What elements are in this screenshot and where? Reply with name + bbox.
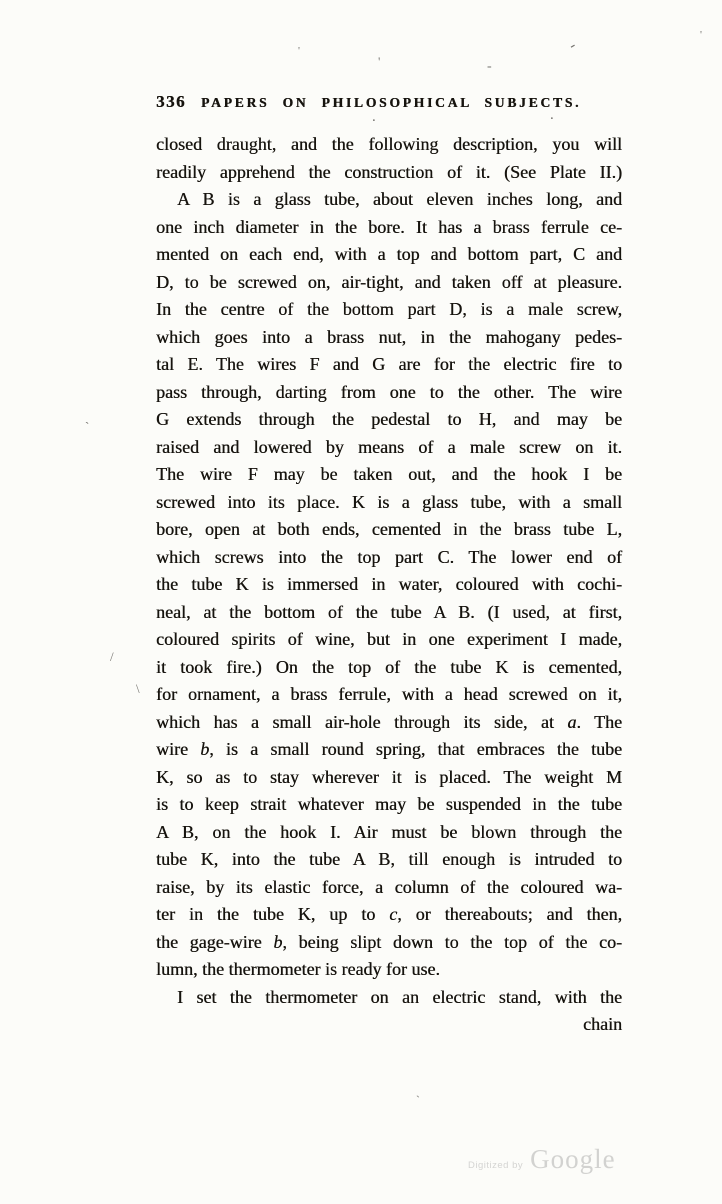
text-line: tal E. The wires F and G are for the ele… (156, 351, 622, 379)
text-line: K, so as to stay wherever it is placed. … (156, 764, 622, 792)
page-header: 336 PAPERS ON PHILOSOPHICAL SUBJECTS. (156, 92, 581, 112)
text-line: readily apprehend the construction of it… (156, 159, 622, 187)
running-title: PAPERS ON PHILOSOPHICAL SUBJECTS. (201, 95, 581, 111)
scan-mark: ' (298, 46, 300, 57)
text-line: screwed into its place. K is a glass tub… (156, 489, 622, 517)
text-line: bore, open at both ends, cemented in the… (156, 516, 622, 544)
text-line: neal, at the bottom of the tube A B. (I … (156, 599, 622, 627)
text-line: is to keep strait whatever may be suspen… (156, 791, 622, 819)
text-line: wire b, is a small round spring, that em… (156, 736, 622, 764)
text-line: mented on each end, with a top and botto… (156, 241, 622, 269)
text-line: A B, on the hook I. Air must be blown th… (156, 819, 622, 847)
text-line: one inch diameter in the bore. It has a … (156, 214, 622, 242)
scan-mark: \ (136, 682, 140, 695)
text-line: lumn, the thermometer is ready for use. (156, 956, 622, 984)
scan-mark: ' (378, 55, 380, 68)
text-line: which has a small air-hole through its s… (156, 709, 622, 737)
watermark: Digitized by Google (468, 1144, 616, 1175)
scan-mark: ` (416, 1094, 420, 1106)
text-line: for ornament, a brass ferrule, with a he… (156, 681, 622, 709)
google-logo: Google (530, 1144, 615, 1175)
text-line: D, to be screwed on, air-tight, and take… (156, 269, 622, 297)
text-line: which screws into the top part C. The lo… (156, 544, 622, 572)
text-line: it took fire.) On the top of the tube K … (156, 654, 622, 682)
text-line: A B is a glass tube, about eleven inches… (156, 186, 622, 214)
text-line: raise, by its elastic force, a column of… (156, 874, 622, 902)
text-line: tube K, into the tube A B, till enough i… (156, 846, 622, 874)
text-line: G extends through the pedestal to H, and… (156, 406, 622, 434)
text-line: I set the thermometer on an electric sta… (156, 984, 622, 1012)
scan-mark: - (566, 38, 579, 55)
scan-mark: - (487, 60, 492, 74)
text-line: the gage-wire b, being slipt down to the… (156, 929, 622, 957)
text-line: pass through, darting from one to the ot… (156, 379, 622, 407)
text-line: raised and lowered by means of a male sc… (156, 434, 622, 462)
text-line: which goes into a brass nut, in the maho… (156, 324, 622, 352)
body-text-block: closed draught, and the following descri… (156, 131, 622, 1039)
text-line: closed draught, and the following descri… (156, 131, 622, 159)
book-page: 336 PAPERS ON PHILOSOPHICAL SUBJECTS. cl… (0, 0, 722, 1204)
scan-mark: ' (700, 30, 702, 41)
text-line: The wire F may be taken out, and the hoo… (156, 461, 622, 489)
text-line: chain (156, 1011, 622, 1039)
text-line: ter in the tube K, up to c, or thereabou… (156, 901, 622, 929)
scan-mark: ` (85, 420, 89, 433)
scan-mark: . (372, 110, 376, 125)
text-line: the tube K is immersed in water, coloure… (156, 571, 622, 599)
watermark-prefix: Digitized by (468, 1160, 523, 1171)
scan-mark: / (110, 650, 114, 663)
page-number: 336 (156, 92, 186, 112)
text-line: coloured spirits of wine, but in one exp… (156, 626, 622, 654)
text-line: In the centre of the bottom part D, is a… (156, 296, 622, 324)
